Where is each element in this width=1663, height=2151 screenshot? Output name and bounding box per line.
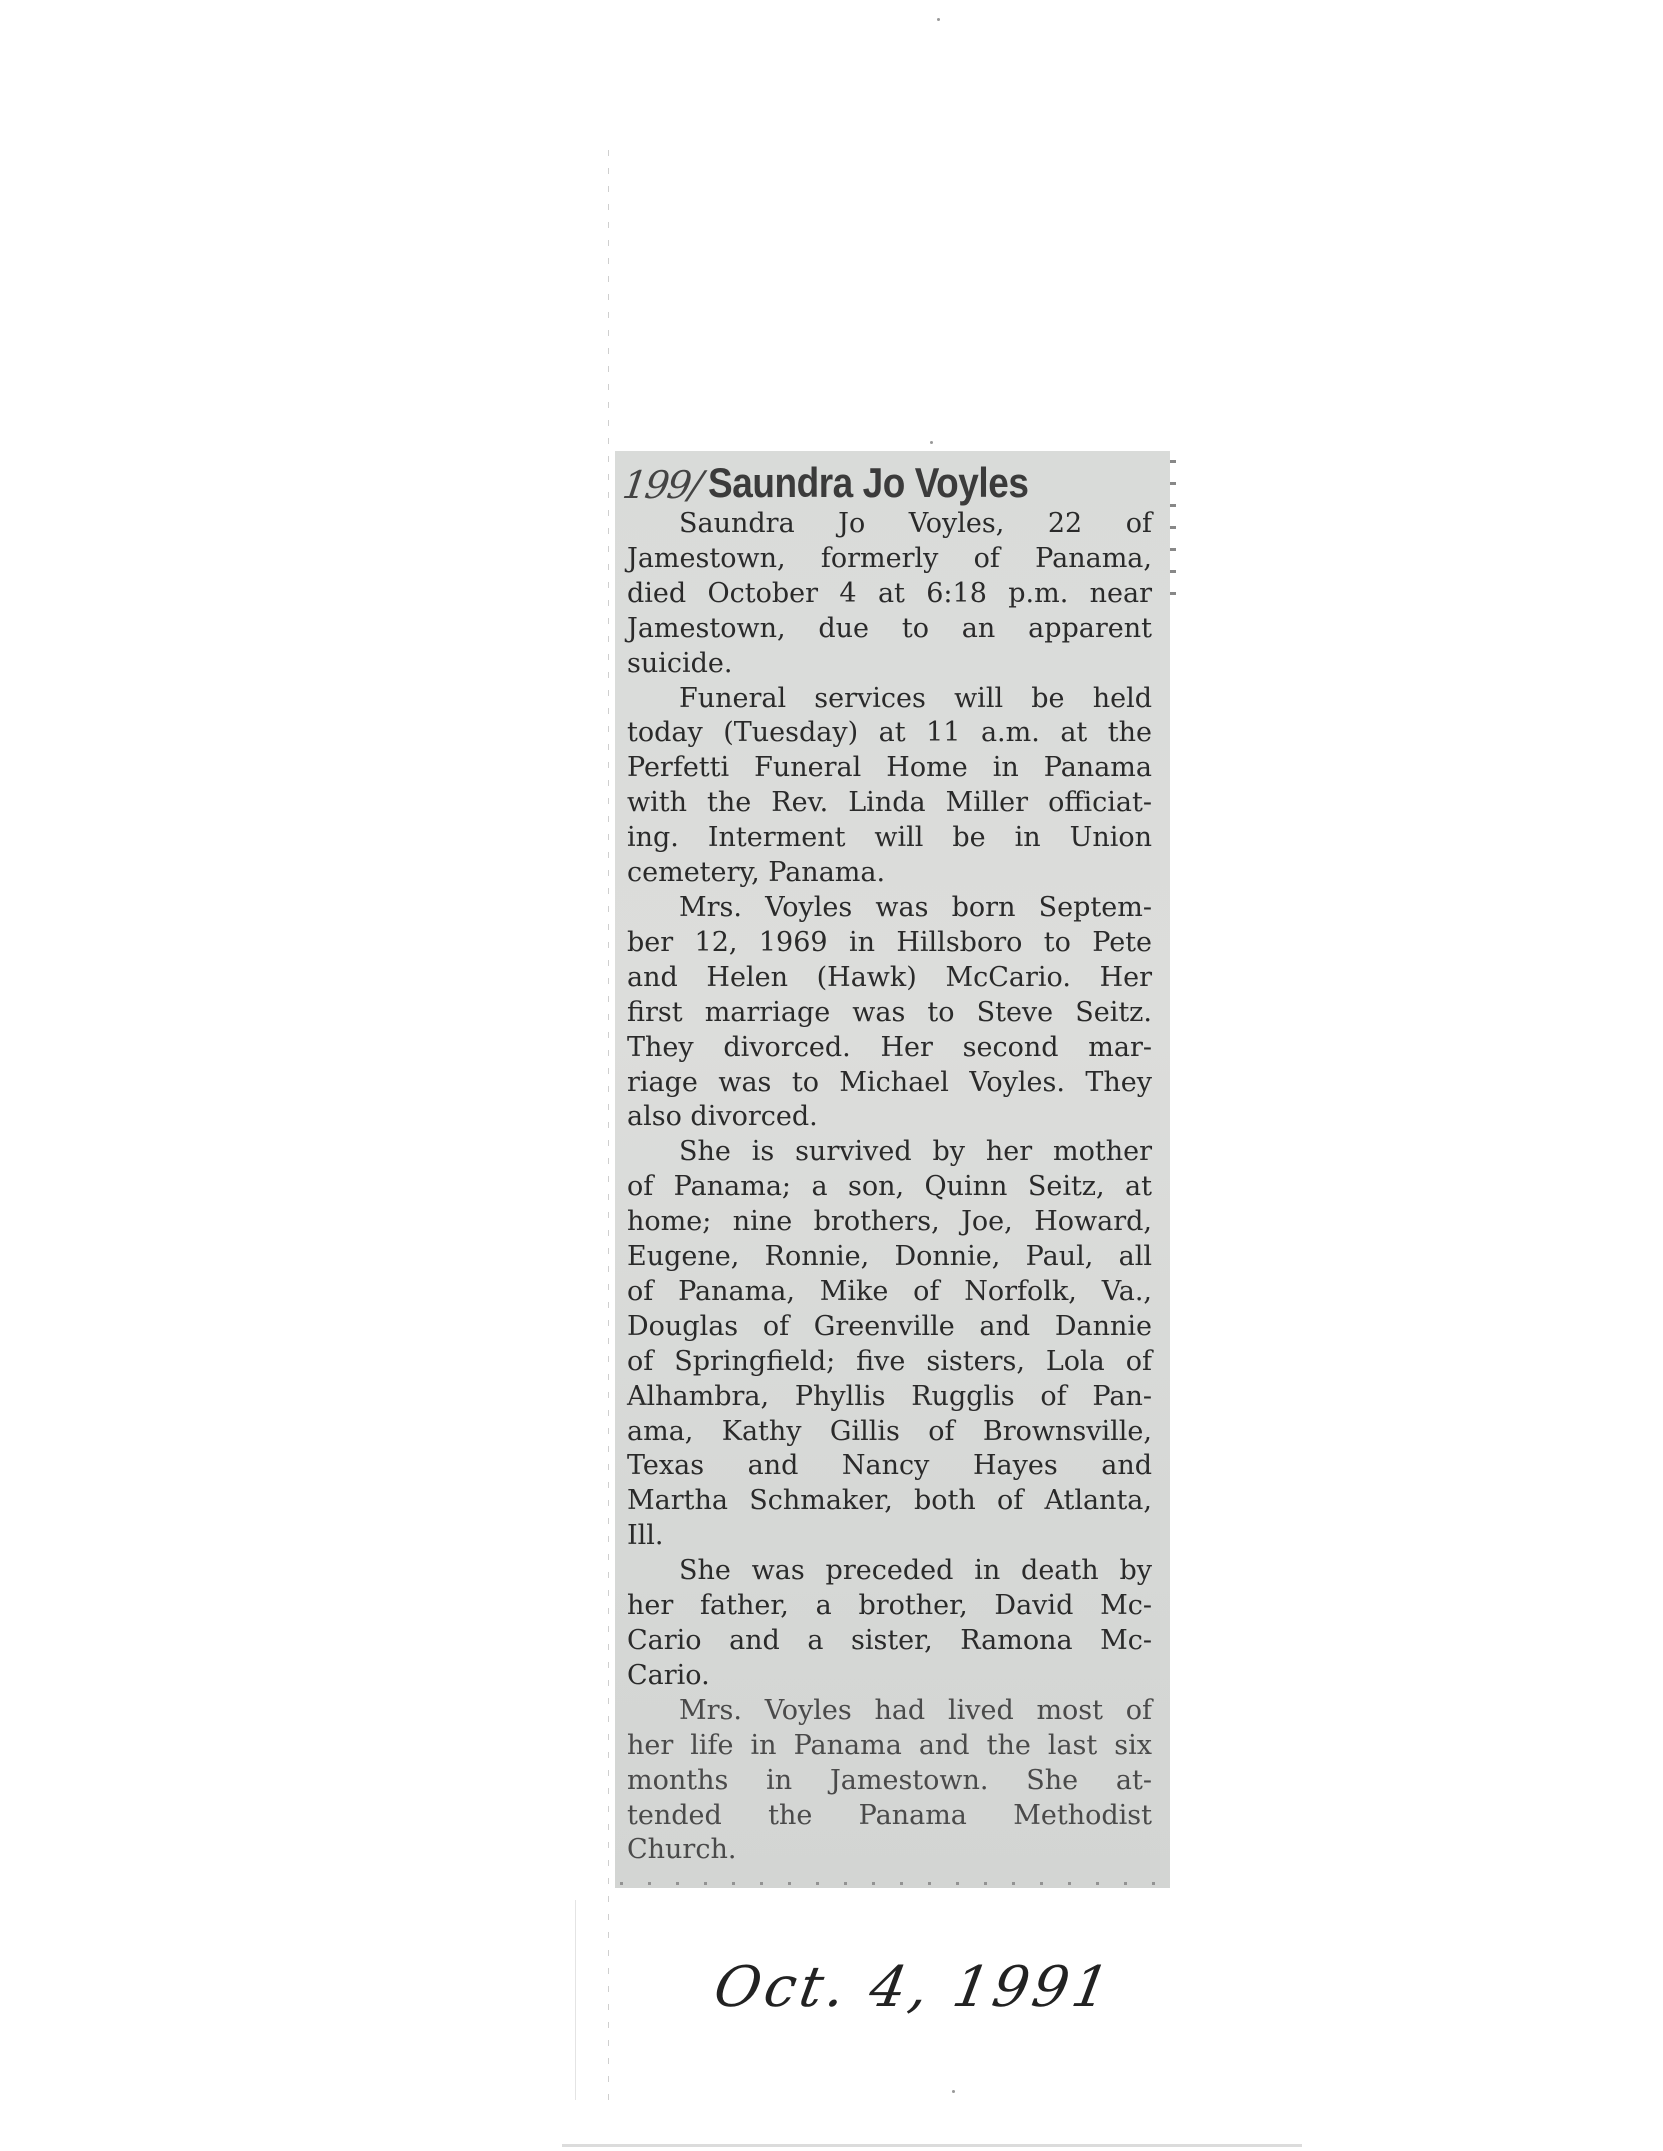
handwritten-date: Oct. 4, 1991 [709, 1955, 1118, 2020]
obituary-line: Cario. [627, 1659, 1152, 1694]
obituary-line: her life in Panama and the last six [627, 1729, 1152, 1764]
obituary-line: Douglas of Greenville and Dannie [627, 1310, 1152, 1345]
scan-speck [930, 441, 933, 444]
clipping-edge-specks [1170, 460, 1176, 610]
obituary-line: Martha Schmaker, both of Atlanta, [627, 1484, 1152, 1519]
obituary-line: riage was to Michael Voyles. They [627, 1066, 1152, 1101]
obituary-line: Church. [627, 1833, 1152, 1868]
obituary-line: They divorced. Her second mar- [627, 1031, 1152, 1066]
obituary-line: Jamestown, formerly of Panama, [627, 542, 1152, 577]
obituary-line: Mrs. Voyles was born Septem- [627, 891, 1152, 926]
obituary-line: with the Rev. Linda Miller officiat- [627, 786, 1152, 821]
handwritten-record-number: 199/ [620, 463, 704, 507]
obituary-line: Ill. [627, 1519, 1152, 1554]
obituary-line: suicide. [627, 647, 1152, 682]
obituary-line: ber 12, 1969 in Hillsboro to Pete [627, 926, 1152, 961]
obituary-line: ing. Interment will be in Union [627, 821, 1152, 856]
obituary-line: Funeral services will be held [627, 682, 1152, 717]
obituary-line: of Panama; a son, Quinn Seitz, at [627, 1170, 1152, 1205]
obituary-paragraph: She was preceded in death byher father, … [627, 1554, 1152, 1694]
obituary-line: She was preceded in death by [627, 1554, 1152, 1589]
obituary-paragraph: Funeral services will be heldtoday (Tues… [627, 682, 1152, 891]
obituary-line: and Helen (Hawk) McCario. Her [627, 961, 1152, 996]
scan-page-edge-vertical-secondary [575, 1900, 576, 2100]
obituary-line: Perfetti Funeral Home in Panama [627, 751, 1152, 786]
obituary-line: ama, Kathy Gillis of Brownsville, [627, 1415, 1152, 1450]
obituary-line: first marriage was to Steve Seitz. [627, 996, 1152, 1031]
scan-speck [937, 18, 940, 21]
obituary-line: of Panama, Mike of Norfolk, Va., [627, 1275, 1152, 1310]
obituary-line: months in Jamestown. She at- [627, 1764, 1152, 1799]
obituary-body: Saundra Jo Voyles, 22 ofJamestown, forme… [627, 507, 1152, 1868]
obituary-line: died October 4 at 6:18 p.m. near [627, 577, 1152, 612]
obituary-line: Eugene, Ronnie, Donnie, Paul, all [627, 1240, 1152, 1275]
obituary-line: Mrs. Voyles had lived most of [627, 1694, 1152, 1729]
obituary-paragraph: Mrs. Voyles was born Septem-ber 12, 1969… [627, 891, 1152, 1135]
obituary-line: of Springfield; five sisters, Lola of [627, 1345, 1152, 1380]
headline: 199/ Saundra Jo Voyles [623, 453, 1073, 507]
obituary-line: Alhambra, Phyllis Rugglis of Pan- [627, 1380, 1152, 1415]
obituary-line: her father, a brother, David Mc- [627, 1589, 1152, 1624]
obituary-line: Cario and a sister, Ramona Mc- [627, 1624, 1152, 1659]
obituary-clipping: 199/ Saundra Jo Voyles Saundra Jo Voyles… [615, 451, 1170, 1888]
obituary-line: cemetery, Panama. [627, 856, 1152, 891]
scan-speck [952, 2090, 955, 2093]
obituary-line: Jamestown, due to an apparent [627, 612, 1152, 647]
scan-page-edge-vertical [608, 150, 609, 2100]
obituary-line: tended the Panama Methodist [627, 1799, 1152, 1834]
obituary-paragraph: Saundra Jo Voyles, 22 ofJamestown, forme… [627, 507, 1152, 682]
obituary-paragraph: She is survived by her motherof Panama; … [627, 1135, 1152, 1554]
obituary-line: She is survived by her mother [627, 1135, 1152, 1170]
scan-page-edge-bottom [562, 2144, 1302, 2147]
obituary-line: Texas and Nancy Hayes and [627, 1449, 1152, 1484]
obituary-title: Saundra Jo Voyles [708, 459, 1028, 507]
obituary-line: also divorced. [627, 1100, 1152, 1135]
obituary-line: Saundra Jo Voyles, 22 of [627, 507, 1152, 542]
obituary-paragraph: Mrs. Voyles had lived most ofher life in… [627, 1694, 1152, 1869]
obituary-line: home; nine brothers, Joe, Howard, [627, 1205, 1152, 1240]
obituary-line: today (Tuesday) at 11 a.m. at the [627, 716, 1152, 751]
clipping-bottom-specks [620, 1882, 1170, 1885]
